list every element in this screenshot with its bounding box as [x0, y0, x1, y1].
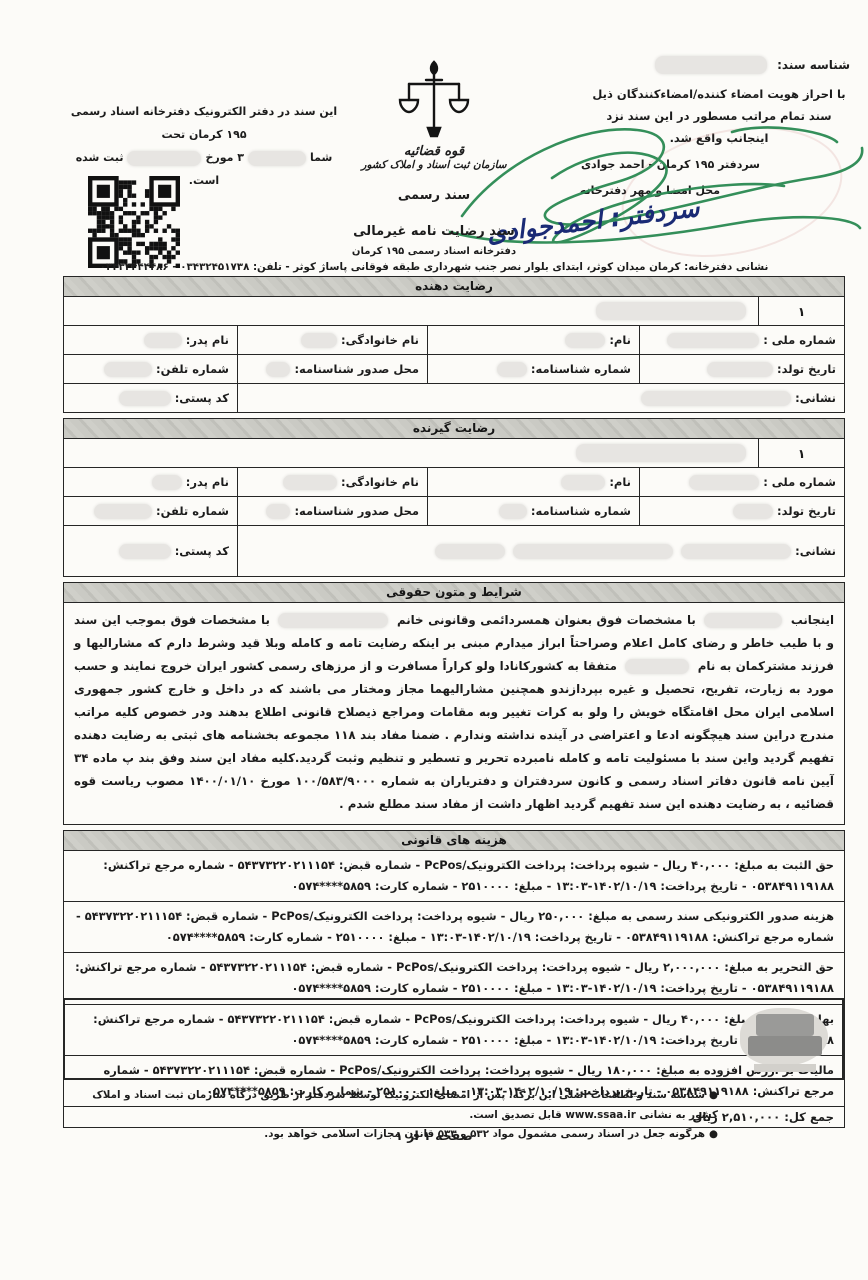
consent-receiver-table: رضایت گیرنده ۱ شماره ملی : نام: نام خانو…: [63, 418, 845, 577]
justice-scales-emblem-icon: [397, 58, 471, 142]
signature-fingerprint-box: [63, 998, 845, 1080]
redacted-value: [144, 333, 182, 348]
redacted-value: [681, 544, 791, 559]
deed-title: سند رضایت نامه غیرمالی: [334, 224, 534, 239]
redacted-value: [94, 504, 152, 519]
redacted-value: [596, 302, 746, 320]
fee-row: حق التحریر به مبلغ: ۲,۰۰۰,۰۰۰ ریال - شیو…: [64, 952, 844, 1003]
redacted-value: [513, 544, 673, 559]
redacted-value: [625, 659, 689, 674]
first-name-field: نام:: [427, 468, 639, 496]
cert-place-field: محل صدور شناسنامه:: [237, 497, 427, 525]
redacted-value: [689, 475, 759, 490]
cert-no-field: شماره شناسنامه:: [427, 497, 639, 525]
fee-row: حق الثبت به مبلغ: ۴۰,۰۰۰ ریال - شیوه پرد…: [64, 850, 844, 901]
first-name-field: نام:: [427, 326, 639, 354]
redacted-value: [152, 475, 182, 490]
redacted-value: [655, 56, 767, 74]
signature-area: [65, 1000, 720, 1078]
cert-place-field: محل صدور شناسنامه:: [237, 355, 427, 383]
person-full-name-cell: [64, 439, 758, 467]
redacted-value: [127, 151, 201, 166]
redacted-value: [266, 362, 290, 377]
redacted-value: [283, 475, 337, 490]
phone-field: شماره تلفن:: [64, 497, 237, 525]
section-header-consent-giver: رضایت دهنده: [64, 277, 844, 296]
phone-field: شماره تلفن:: [64, 355, 237, 383]
scanned-official-deed: شناسه سند: با احراز هویت امضاء کننده/امض…: [0, 0, 868, 1280]
section-header-legal-fees: هزینه های قانونی: [64, 831, 844, 850]
redacted-value: [565, 333, 605, 348]
father-name-field: نام پدر:: [64, 468, 237, 496]
cert-no-field: شماره شناسنامه:: [427, 355, 639, 383]
redacted-value: [497, 362, 527, 377]
section-header-consent-receiver: رضایت گیرنده: [64, 419, 844, 438]
row-number: ۱: [758, 297, 844, 325]
registration-org-calligraphy: سازمان ثبت اسناد و املاک کشور: [334, 159, 534, 171]
judiciary-calligraphy: قوه قضائیه: [334, 144, 534, 159]
doc-type-title: سند رسمی: [334, 188, 534, 203]
legal-fees-table: هزینه های قانونی حق الثبت به مبلغ: ۴۰,۰۰…: [63, 830, 845, 1128]
legal-terms-table: شرایط و متون حقوقی اینجانب با مشخصات فوق…: [63, 582, 845, 825]
national-id-field: شماره ملی :: [639, 326, 844, 354]
redacted-value: [435, 544, 505, 559]
row-number: ۱: [758, 439, 844, 467]
national-id-field: شماره ملی :: [639, 468, 844, 496]
redacted-value: [704, 613, 782, 628]
page-number: صفحه ۱ از ۱: [0, 1128, 868, 1143]
father-name-field: نام پدر:: [64, 326, 237, 354]
consent-giver-table: رضایت دهنده ۱ شماره ملی : نام: نام خانوا…: [63, 276, 845, 413]
redacted-value: [104, 362, 152, 377]
last-name-field: نام خانوادگی:: [237, 326, 427, 354]
redacted-value: [266, 504, 290, 519]
office-address-line: نشانی دفترخانه: کرمان میدان کوثر، ابتدای…: [0, 261, 868, 273]
birth-date-field: تاریخ تولد:: [639, 355, 844, 383]
redacted-value: [667, 333, 759, 348]
legal-terms-text: اینجانب با مشخصات فوق بعنوان همسردائمی و…: [64, 602, 844, 824]
redacted-value: [119, 391, 171, 406]
fees-total-label: جمع کل:: [784, 1110, 834, 1124]
header-center: قوه قضائیه سازمان ثبت اسناد و املاک کشور: [334, 58, 534, 171]
section-header-legal-terms: شرایط و متون حقوقی: [64, 583, 844, 602]
redacted-value: [499, 504, 527, 519]
redacted-value: [707, 362, 773, 377]
redacted-value: [301, 333, 337, 348]
redacted-value: [278, 613, 388, 628]
redacted-value: [733, 504, 773, 519]
redacted-value: [248, 151, 306, 166]
doc-id-label: شناسه سند:: [777, 58, 850, 72]
redacted-value: [576, 444, 746, 462]
fee-row: هزینه صدور الکترونیکی سند رسمی به مبلغ: …: [64, 901, 844, 952]
last-name-field: نام خانوادگی:: [237, 468, 427, 496]
person-full-name-cell: [64, 297, 758, 325]
fingerprint-stamp-cell: [720, 1000, 843, 1078]
footer-note-1: ●شناسه سند و اطلاعات اصلی این برگه، پس ا…: [80, 1086, 718, 1125]
birth-date-field: تاریخ تولد:: [639, 497, 844, 525]
redacted-fingerprint-stamp: [740, 1008, 828, 1066]
redacted-value: [119, 544, 171, 559]
redacted-value: [641, 391, 791, 406]
notary-office-name: دفترخانه اسناد رسمی ۱۹۵ کرمان: [334, 246, 534, 257]
registration-notice-line1: این سند در دفتر الکترونیک دفترخانه اسناد…: [64, 100, 344, 146]
postal-code-field: کد پستی:: [64, 526, 237, 576]
postal-code-field: کد پستی:: [64, 384, 237, 412]
qr-code: [88, 176, 180, 268]
redacted-value: [561, 475, 605, 490]
address-field: نشانی:: [237, 526, 844, 576]
address-field: نشانی:: [237, 384, 844, 412]
